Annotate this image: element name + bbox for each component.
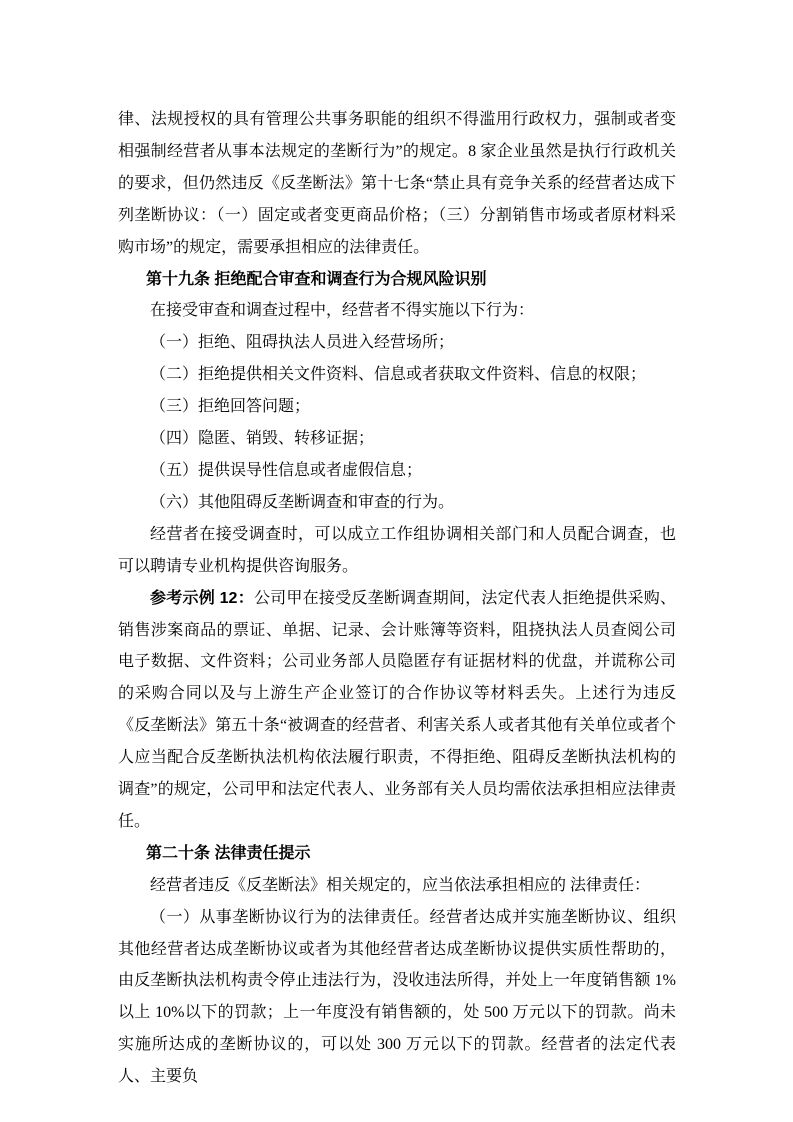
example-paragraph: 参考示例 12：公司甲在接受反垄断调查期间，法定代表人拒绝提供采购、销售涉案商品… (118, 583, 676, 838)
list-item-4: （四）隐匿、销毁、转移证据； (118, 423, 676, 455)
document-body: 律、法规授权的具有管理公共事务职能的组织不得滥用行政权力，强制或者变相强制经营者… (118, 104, 676, 1093)
example-label: 参考示例 12： (150, 590, 254, 607)
list-item-3: （三）拒绝回答问题； (118, 391, 676, 423)
list-item-5: （五）提供误导性信息或者虚假信息； (118, 455, 676, 487)
paragraph-intro-behaviors: 在接受审查和调查过程中，经营者不得实施以下行为： (118, 295, 676, 327)
example-text: 公司甲在接受反垄断调查期间，法定代表人拒绝提供采购、销售涉案商品的票证、单据、记… (118, 590, 676, 830)
list-item-6: （六）其他阻碍反垄断调查和审查的行为。 (118, 487, 676, 519)
paragraph-cooperation-advice: 经营者在接受调查时，可以成立工作组协调相关部门和人员配合调查，也可以聘请专业机构… (118, 519, 676, 583)
paragraph-liability-intro: 经营者违反《反垄断法》相关规定的，应当依法承担相应的 法律责任： (118, 870, 676, 902)
paragraph-continuation: 律、法规授权的具有管理公共事务职能的组织不得滥用行政权力，强制或者变相强制经营者… (118, 104, 676, 264)
article-20-heading: 第二十条 法律责任提示 (118, 838, 676, 870)
article-19-heading: 第十九条 拒绝配合审查和调查行为合规风险识别 (118, 264, 676, 296)
list-item-2: （二）拒绝提供相关文件资料、信息或者获取文件资料、信息的权限； (118, 359, 676, 391)
document-page: 律、法规授权的具有管理公共事务职能的组织不得滥用行政权力，强制或者变相强制经营者… (0, 0, 793, 1122)
paragraph-liability-item-1: （一）从事垄断协议行为的法律责任。经营者达成并实施垄断协议、组织其他经营者达成垄… (118, 902, 676, 1093)
list-item-1: （一）拒绝、阻碍执法人员进入经营场所； (118, 327, 676, 359)
